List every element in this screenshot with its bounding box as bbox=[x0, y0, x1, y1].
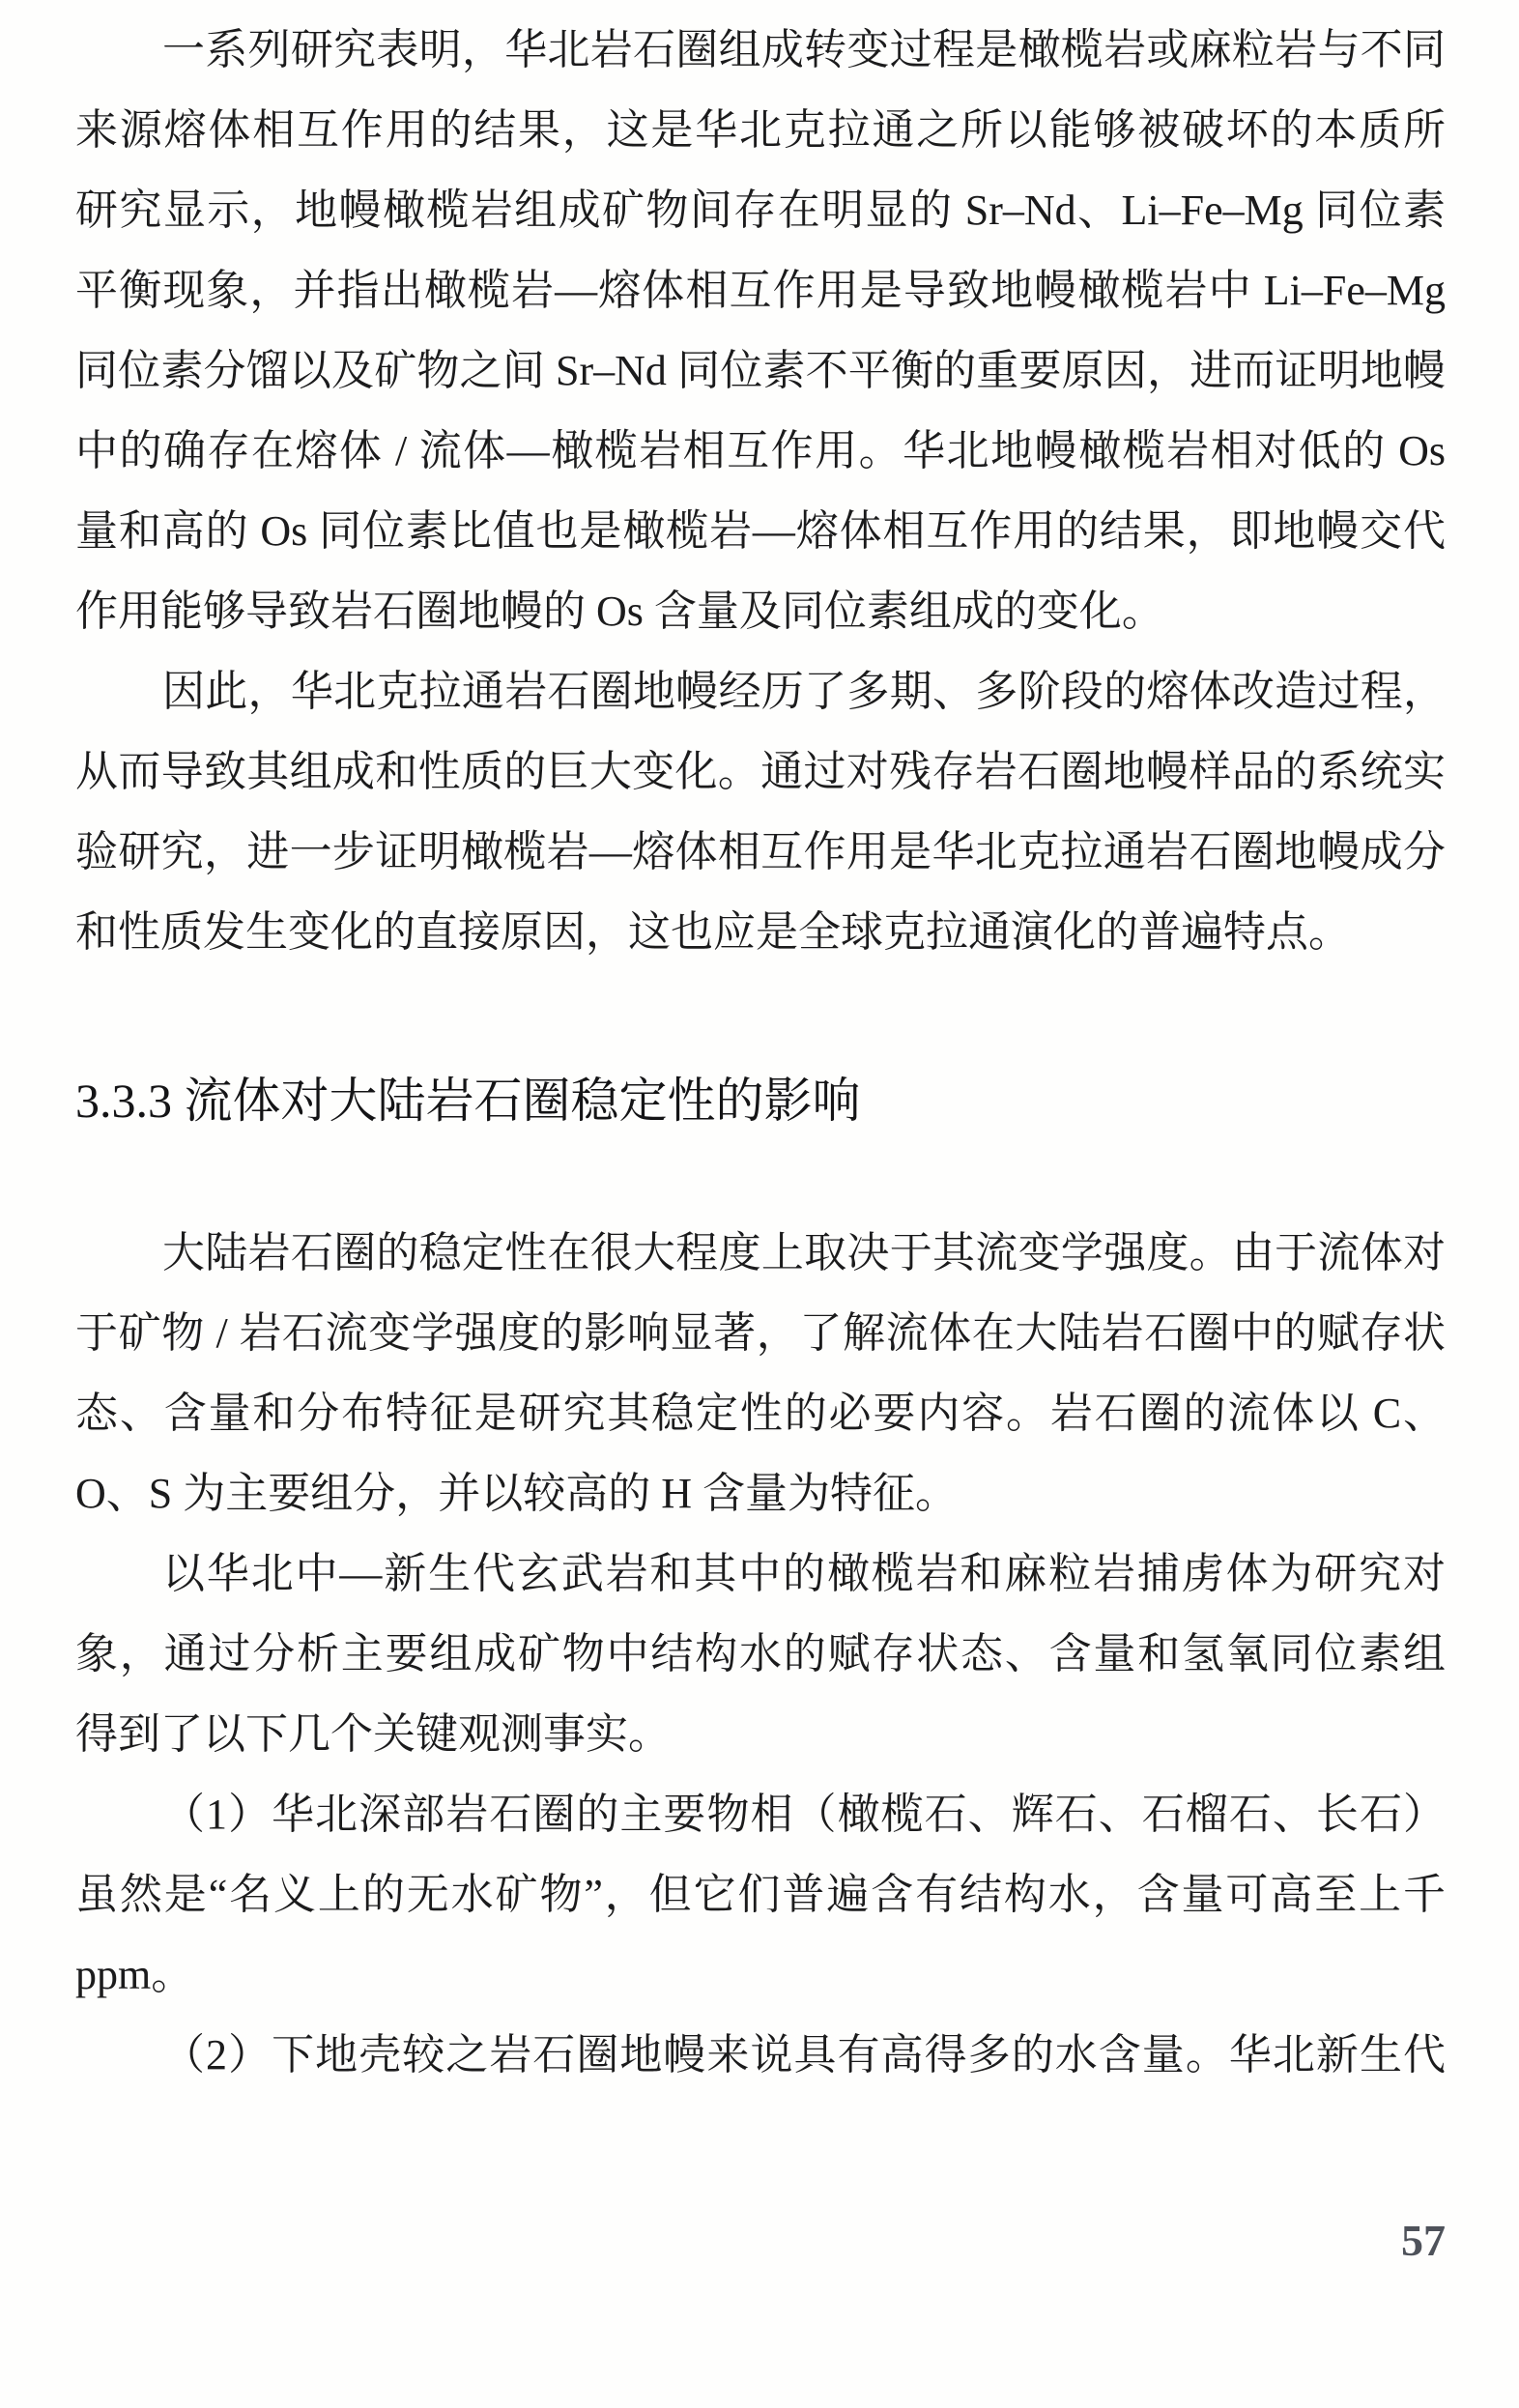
section-heading: 3.3.3 流体对大陆岩石圈稳定性的影响 bbox=[75, 1061, 1446, 1141]
body-line: ppm。 bbox=[75, 1935, 1446, 2015]
body-line: 和性质发生变化的直接原因，这也应是全球克拉通演化的普遍特点。 bbox=[75, 892, 1446, 972]
body-line: 态、含量和分布特征是研究其稳定性的必要内容。岩石圈的流体以 C、H、 bbox=[75, 1373, 1446, 1453]
body-line: 因此，华北克拉通岩石圈地幔经历了多期、多阶段的熔体改造过程， bbox=[75, 651, 1446, 731]
body-line: 量和高的 Os 同位素比值也是橄榄岩—熔体相互作用的结果，即地幔交代 bbox=[75, 491, 1446, 571]
body-line: 中的确存在熔体 / 流体—橄榄岩相互作用。华北地幔橄榄岩相对低的 Os 含 bbox=[75, 411, 1446, 491]
body-line: 验研究，进一步证明橄榄岩—熔体相互作用是华北克拉通岩石圈地幔成分 bbox=[75, 812, 1446, 892]
body-line: 同位素分馏以及矿物之间 Sr–Nd 同位素不平衡的重要原因，进而证明地幔 bbox=[75, 330, 1446, 411]
body-line: 于矿物 / 岩石流变学强度的影响显著，了解流体在大陆岩石圈中的赋存状 bbox=[75, 1293, 1446, 1373]
body-line: 大陆岩石圈的稳定性在很大程度上取决于其流变学强度。由于流体对 bbox=[75, 1213, 1446, 1293]
body-line: 象，通过分析主要组成矿物中结构水的赋存状态、含量和氢氧同位素组成， bbox=[75, 1614, 1446, 1694]
body-line: 得到了以下几个关键观测事实。 bbox=[75, 1694, 1446, 1774]
body-line: O、S 为主要组分，并以较高的 H 含量为特征。 bbox=[75, 1453, 1446, 1534]
body-line: （1）华北深部岩石圈的主要物相（橄榄石、辉石、石榴石、长石） bbox=[75, 1774, 1446, 1854]
page-content: 一系列研究表明，华北岩石圈组成转变过程是橄榄岩或麻粒岩与不同 来源熔体相互作用的… bbox=[75, 10, 1446, 2095]
body-line: 虽然是“名义上的无水矿物”，但它们普遍含有结构水，含量可高至上千 bbox=[75, 1854, 1446, 1935]
page-number: 57 bbox=[1401, 2219, 1446, 2263]
body-line: 平衡现象，并指出橄榄岩—熔体相互作用是导致地幔橄榄岩中 Li–Fe–Mg bbox=[75, 250, 1446, 330]
body-line: 作用能够导致岩石圈地幔的 Os 含量及同位素组成的变化。 bbox=[75, 571, 1446, 651]
body-line: 来源熔体相互作用的结果，这是华北克拉通之所以能够被破坏的本质所在。 bbox=[75, 90, 1446, 170]
document-page: 一系列研究表明，华北岩石圈组成转变过程是橄榄岩或麻粒岩与不同 来源熔体相互作用的… bbox=[0, 0, 1519, 2408]
body-line: 一系列研究表明，华北岩石圈组成转变过程是橄榄岩或麻粒岩与不同 bbox=[75, 10, 1446, 90]
body-line: （2）下地壳较之岩石圈地幔来说具有高得多的水含量。华北新生代 bbox=[75, 2015, 1446, 2095]
body-line: 从而导致其组成和性质的巨大变化。通过对残存岩石圈地幔样品的系统实 bbox=[75, 731, 1446, 812]
body-line: 以华北中—新生代玄武岩和其中的橄榄岩和麻粒岩捕虏体为研究对 bbox=[75, 1534, 1446, 1614]
body-line: 研究显示，地幔橄榄岩组成矿物间存在明显的 Sr–Nd、Li–Fe–Mg 同位素不 bbox=[75, 170, 1446, 250]
